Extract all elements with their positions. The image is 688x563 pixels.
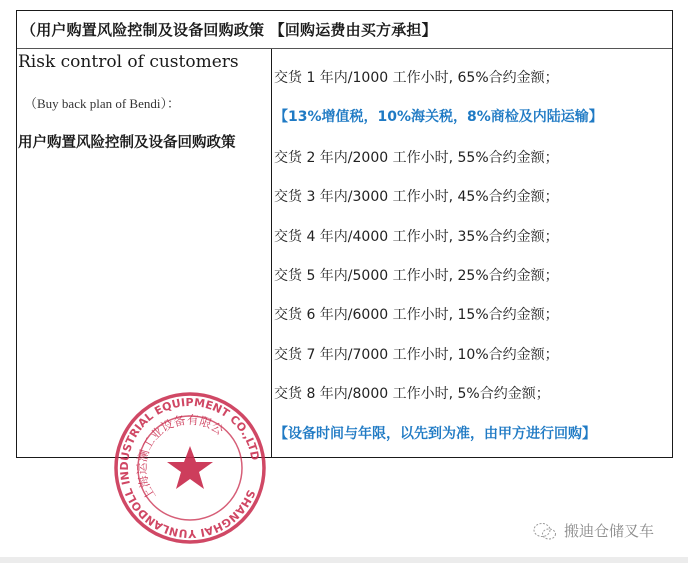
company-seal-stamp: SHANGHAI YUNLANDOLL INDUSTRIAL EQUIPMENT… [110,388,270,548]
wechat-icon [532,521,558,541]
buyback-rule-note: 【设备时间与年限，以先到为准，由甲方进行回购】 [274,423,596,443]
term-line-year-5: 交货 5 年内/5000 工作小时, 25%合约金额； [274,265,559,285]
right-terms-cell: 交货 1 年内/1000 工作小时, 65%合约金额； 【13%增值税，10%海… [272,49,672,457]
watermark-text: 搬迪仓储叉车 [564,520,654,541]
risk-control-title: Risk control of customers [18,52,239,72]
term-line-year-4: 交货 4 年内/4000 工作小时, 35%合约金额； [274,226,559,246]
watermark: 搬迪仓储叉车 [532,520,654,541]
term-line-year-6: 交货 6 年内/6000 工作小时, 15%合约金额； [274,304,559,324]
tax-note-line: 【13%增值税，10%海关税，8%商检及内陆运输】 [274,106,603,126]
term-line-year-3: 交货 3 年内/3000 工作小时, 45%合约金额； [274,186,559,206]
bottom-strip [0,557,688,563]
term-line-year-8: 交货 8 年内/8000 工作小时, 5%合约金额； [274,383,550,403]
table-header-row: （用户购置风险控制及设备回购政策 【回购运费由买方承担】 [17,11,672,49]
policy-title-cn: 用户购置风险控制及设备回购政策 [18,131,236,152]
term-line-year-7: 交货 7 年内/7000 工作小时, 10%合约金额； [274,344,559,364]
star-icon [167,446,213,489]
buyback-plan-subtitle: （Buy back plan of Bendi）： [24,93,180,112]
table-header-title: （用户购置风险控制及设备回购政策 【回购运费由买方承担】 [21,19,437,40]
term-line-year-1: 交货 1 年内/1000 工作小时, 65%合约金额； [274,67,559,87]
term-line-year-2: 交货 2 年内/2000 工作小时, 55%合约金额； [274,147,559,167]
